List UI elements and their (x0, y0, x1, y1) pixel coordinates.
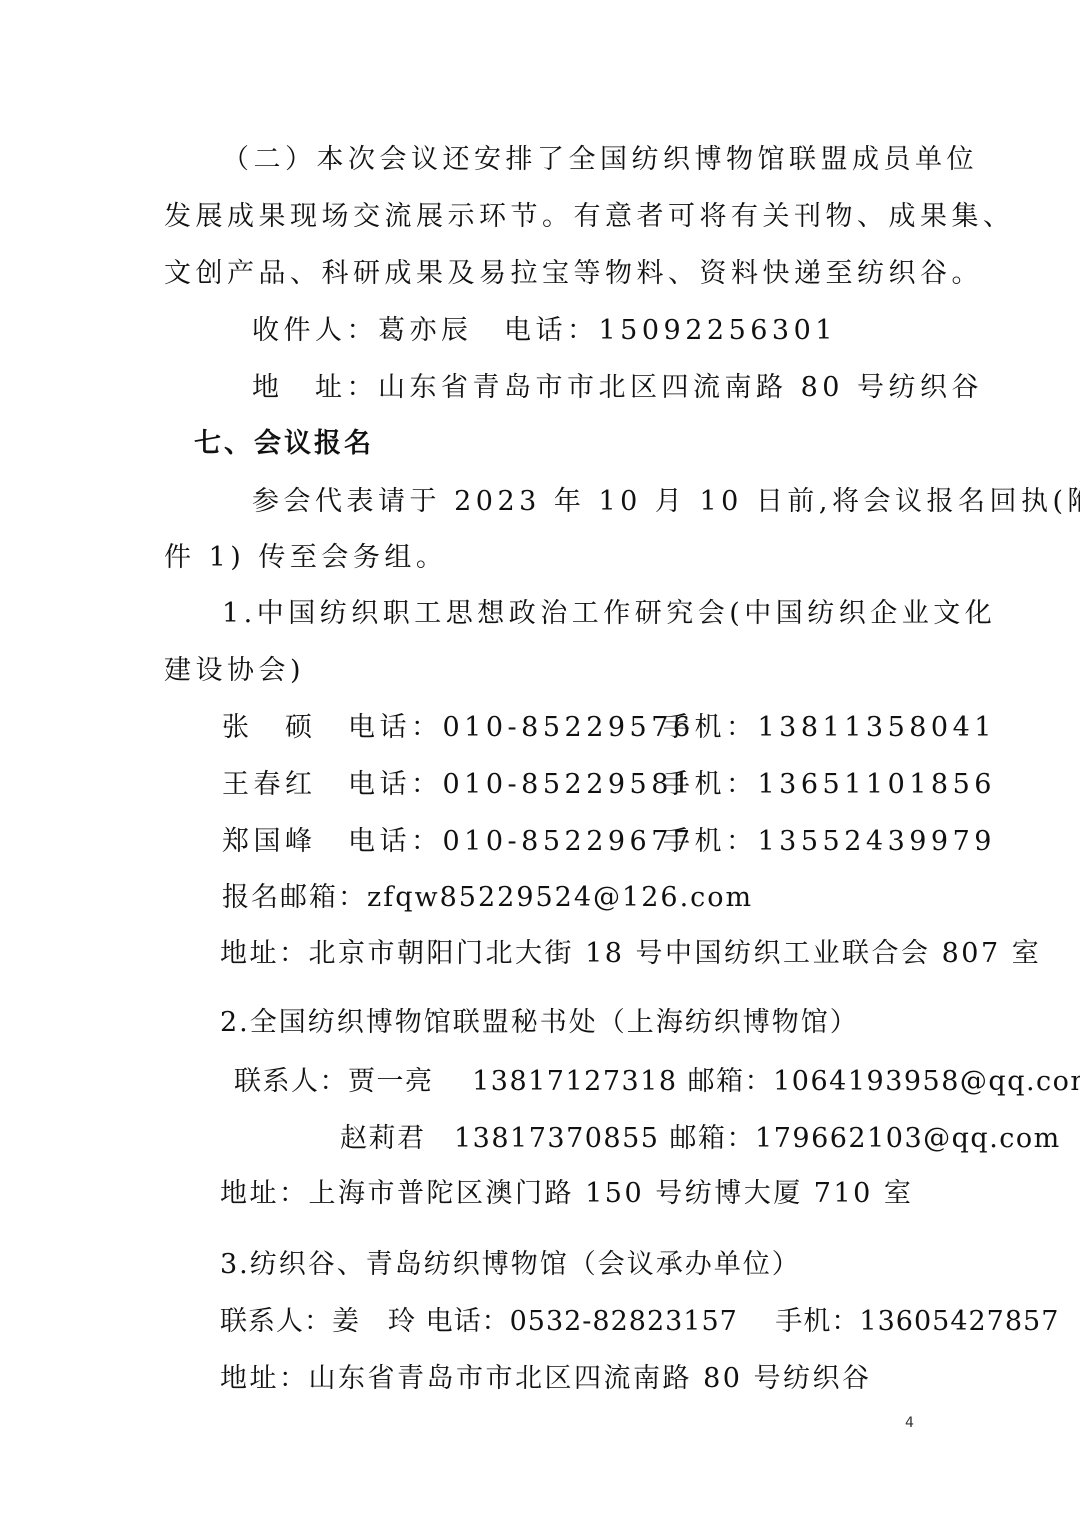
paragraph-line: 文创产品、科研成果及易拉宝等物料、资料快递至纺织谷。 (164, 257, 983, 291)
address-line: 地址：山东省青岛市市北区四流南路 80 号纺织谷 (220, 1362, 872, 1396)
org-title: 1.中国纺织职工思想政治工作研究会(中国纺织企业文化 (222, 597, 996, 631)
contact-phone: 电话：010-85229677 (348, 825, 695, 859)
section-heading: 七、会议报名 (194, 427, 374, 461)
paragraph-line: 件 1) 传至会务组。 (164, 541, 447, 575)
address-line: 地 址：山东省青岛市市北区四流南路 80 号纺织谷 (252, 371, 983, 405)
contact-line: 联系人：贾一亮 13817127318 邮箱：1064193958@qq.com (234, 1065, 1080, 1099)
address-line: 地址：上海市普陀区澳门路 150 号纺博大厦 710 室 (220, 1177, 913, 1211)
contact-mobile: 手机：13651101856 (663, 768, 996, 802)
contact-name: 张 硕 (222, 711, 317, 745)
contact-line: 联系人：姜 玲 电话：0532-82823157 手机：13605427857 (220, 1305, 1059, 1339)
contact-mobile: 手机：13552439979 (663, 825, 996, 859)
recipient-line: 收件人：葛亦辰 电话：15092256301 (252, 314, 837, 348)
contact-name: 郑国峰 (222, 825, 317, 859)
contact-phone: 电话：010-85229576 (348, 711, 695, 745)
org-title: 2.全国纺织博物馆联盟秘书处（上海纺织博物馆） (220, 1006, 859, 1040)
contact-phone: 电话：010-85229581 (348, 768, 695, 802)
contact-name: 王春红 (222, 768, 317, 802)
email-line: 报名邮箱：zfqw85229524@126.com (222, 881, 753, 915)
paragraph-line: 发展成果现场交流展示环节。有意者可将有关刊物、成果集、 (164, 200, 1015, 234)
org-title: 建设协会) (164, 654, 305, 688)
page-number: 4 (905, 1415, 914, 1431)
org-title: 3.纺织谷、青岛纺织博物馆（会议承办单位） (220, 1248, 801, 1282)
paragraph-line: （二）本次会议还安排了全国纺织博物馆联盟成员单位 (222, 143, 978, 177)
paragraph-line: 参会代表请于 2023 年 10 月 10 日前,将会议报名回执(附 (252, 485, 1080, 519)
contact-line: 赵莉君 13817370855 邮箱：179662103@qq.com (340, 1122, 1061, 1156)
address-line: 地址：北京市朝阳门北大街 18 号中国纺织工业联合会 807 室 (220, 937, 1041, 971)
contact-mobile: 手机：13811358041 (663, 711, 996, 745)
